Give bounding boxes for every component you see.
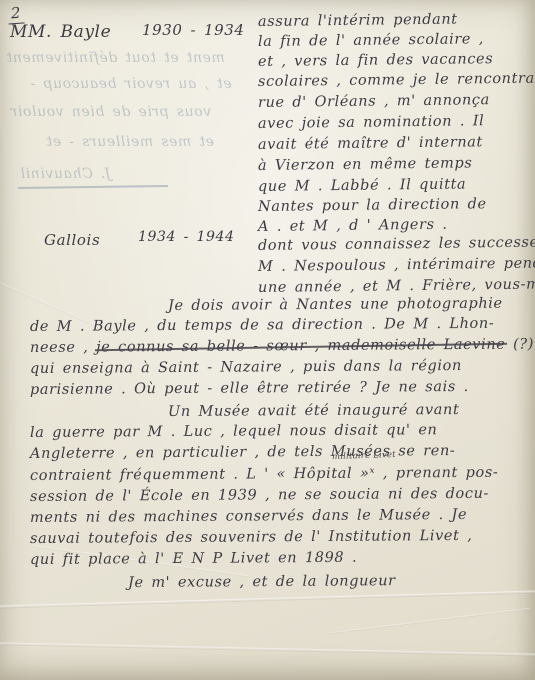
letter-line: avait été maître d' internat: [258, 134, 483, 153]
margin-entry-name: MM. Bayle: [10, 22, 111, 42]
margin-entry-name: Gallois: [44, 231, 100, 249]
letter-line: une année , et M . Frière, vous-même: [258, 276, 535, 296]
bleedthrough-line: vous prie de bien vouloir: [10, 104, 211, 120]
letter-line: A . et M , d ' Angers .: [258, 217, 448, 235]
paper-crease: [331, 608, 530, 634]
letter-line: assura l'intérim pendant: [258, 12, 458, 30]
letter-line: scolaires , comme je le rencontrais: [258, 70, 535, 90]
verso-bleedthrough: ment et tout définitivement et , au revo…: [0, 50, 262, 210]
letter-line: de M . Bayle , du temps de sa direction …: [30, 316, 494, 335]
paper-crease: [0, 591, 535, 609]
letter-line: ments ni des machines conservés dans le …: [30, 507, 467, 526]
bleedthrough-line: ment et tout définitivement: [6, 50, 225, 66]
bleedthrough-signature: J. Chauvinil: [20, 166, 111, 182]
letter-line: parisienne . Où peut - elle être retirée…: [30, 379, 469, 398]
interlinear-note: militaire Livet: [332, 450, 396, 462]
bleedthrough-line: et , au revoir beaucoup -: [30, 76, 232, 92]
letter-line: que M . Labbé . Il quitta: [258, 176, 466, 195]
letter-line: à Vierzon en même temps: [258, 155, 473, 174]
letter-line: qui fit place à l' E N P Livet en 1898 .: [30, 550, 357, 568]
letter-line: Je dois avoir à Nantes une photographie: [168, 296, 503, 314]
letter-line: la guerre par M . Luc , lequel nous disa…: [30, 422, 438, 441]
letter-line: la fin de l' année scolaire ,: [258, 31, 484, 50]
letter-line: Je m' excuse , et de la longueur: [128, 573, 396, 591]
letter-line: avec joie sa nomination . Il: [258, 113, 485, 132]
handwritten-letter-page: ment et tout définitivement et , au revo…: [0, 0, 535, 680]
letter-line: Un Musée avait été inauguré avant: [168, 402, 459, 420]
bleedthrough-line: et mes meilleurs - et: [46, 134, 214, 150]
letter-line: Nantes pour la direction de: [258, 196, 487, 215]
letter-line: rue d' Orléans , m' annonça: [258, 92, 490, 111]
letter-line: qui enseigna à Saint - Nazaire , puis da…: [30, 358, 462, 377]
letter-line: contraient fréquemment . L ' « Hôpital »…: [30, 465, 499, 484]
paper-crease: [0, 642, 535, 657]
margin-entry-dates: 1934 - 1944: [138, 229, 235, 245]
letter-line: sauvai toutefois des souvenirs de l' Ins…: [30, 528, 473, 547]
letter-line: M . Nespoulous , intérimaire pendant: [258, 255, 535, 275]
margin-entry-dates: 1930 - 1934: [142, 21, 245, 39]
letter-line: et , vers la fin des vacances: [258, 51, 493, 70]
letter-line: session de l' École en 1939 , ne se souc…: [30, 486, 489, 505]
bleedthrough-signature-underline: [18, 185, 168, 189]
letter-line: dont vous connaissez les successeurs ,: [258, 234, 535, 254]
